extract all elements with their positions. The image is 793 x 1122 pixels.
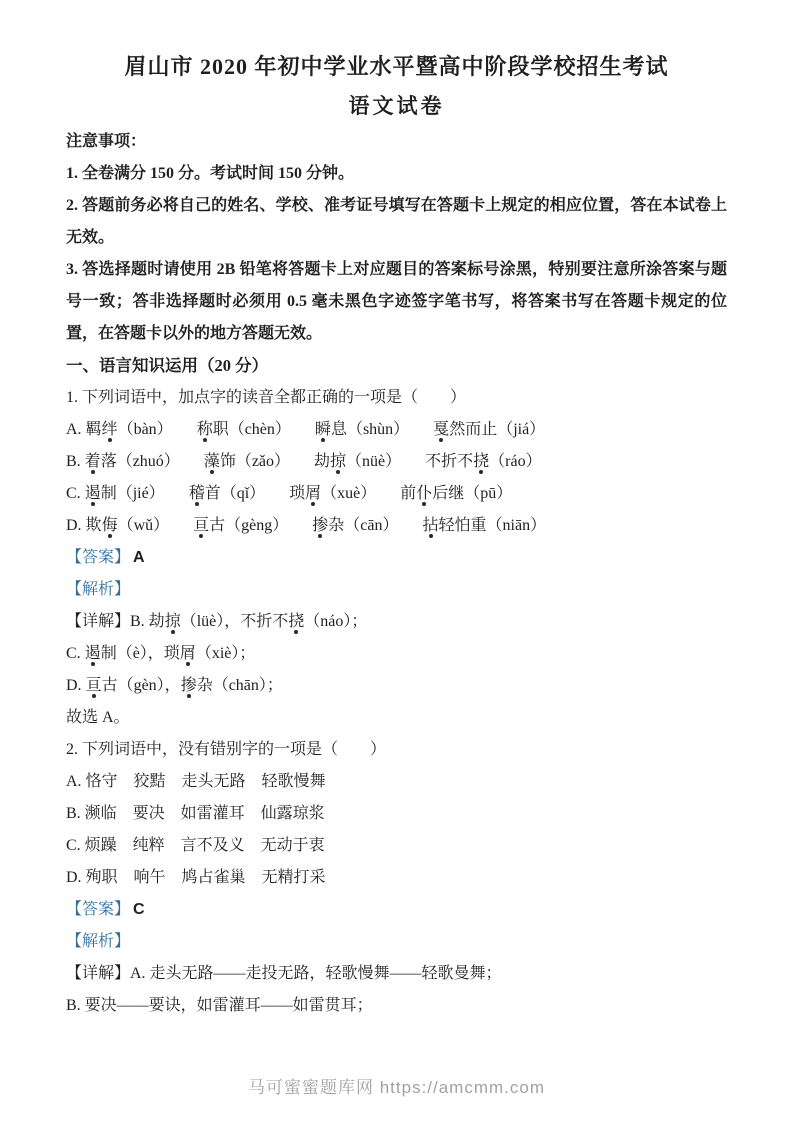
notice-heading: 注意事项： [66, 126, 727, 158]
emphasis-dotted-char: 遏 [85, 485, 101, 502]
question-2-detail-1: 【详解】A. 走头无路——走投无路，轻歌慢舞——轻歌曼舞； [66, 958, 727, 990]
emphasis-dotted-char: 藻 [204, 453, 220, 470]
answer-value: A [133, 549, 145, 566]
emphasis-dotted-char: 掺 [312, 517, 328, 534]
question-1-stem: 1. 下列词语中，加点字的读音全都正确的一项是（ ） [66, 382, 727, 414]
emphasis-dotted-char: 瞬 [315, 421, 331, 438]
emphasis-dotted-char: 屑 [180, 645, 196, 662]
question-1-option-a: A. 羁绊（bàn） 称职（chèn） 瞬息（shùn） 戛然而止（jiá） [66, 414, 727, 446]
analysis-label: 【解析】 [66, 933, 130, 950]
emphasis-dotted-char: 称 [197, 421, 213, 438]
emphasis-dotted-char: 着 [85, 453, 101, 470]
question-1-analysis-label: 【解析】 [66, 574, 727, 606]
question-2-option-a: A. 恪守 狡黠 走头无路 轻歌慢舞 [66, 766, 727, 798]
analysis-label: 【解析】 [66, 581, 130, 598]
page-subtitle: 语文试卷 [66, 92, 727, 120]
emphasis-dotted-char: 戛 [433, 421, 449, 438]
answer-label: 【答案】 [66, 549, 130, 566]
emphasis-dotted-char: 挠 [473, 453, 489, 470]
emphasis-dotted-char: 遏 [85, 645, 101, 662]
footer-credit: 马可蜜蜜题库网 https://amcmm.com [0, 1073, 793, 1098]
question-2-option-d: D. 殉职 响午 鸠占雀巢 无精打采 [66, 862, 727, 894]
question-1-detail-3: D. 亘古（gèn），掺杂（chān）； [66, 670, 727, 702]
question-2-stem: 2. 下列词语中，没有错别字的一项是（ ） [66, 734, 727, 766]
question-2-option-b: B. 濒临 要决 如雷灌耳 仙露琼浆 [66, 798, 727, 830]
question-1-option-b: B. 着落（zhuó） 藻饰（zǎo） 劫掠（nüè） 不折不挠（ráo） [66, 446, 727, 478]
emphasis-dotted-char: 掺 [181, 677, 197, 694]
emphasis-dotted-char: 绊 [102, 421, 118, 438]
question-1-detail-2: C. 遏制（è），琐屑（xiè）； [66, 638, 727, 670]
notice-item-2: 2. 答题前务必将自己的姓名、学校、准考证号填写在答题卡上规定的相应位置，答在本… [66, 190, 727, 254]
answer-value: C [133, 901, 145, 918]
emphasis-dotted-char: 拈 [423, 517, 439, 534]
emphasis-dotted-char: 亘 [86, 677, 102, 694]
notice-item-3: 3. 答选择题时请使用 2B 铅笔将答题卡上对应题目的答案标号涂黑，特别要注意所… [66, 254, 727, 350]
exam-paper-page: 眉山市 2020 年初中学业水平暨高中阶段学校招生考试 语文试卷 注意事项： 1… [0, 0, 793, 1122]
answer-label: 【答案】 [66, 901, 130, 918]
question-1-option-d: D. 欺侮（wǔ） 亘古（gèng） 掺杂（cān） 拈轻怕重（niān） [66, 510, 727, 542]
page-title: 眉山市 2020 年初中学业水平暨高中阶段学校招生考试 [66, 52, 727, 82]
question-2-detail-2: B. 要决——要诀，如雷灌耳——如雷贯耳； [66, 990, 727, 1022]
emphasis-dotted-char: 掠 [330, 453, 346, 470]
emphasis-dotted-char: 侮 [102, 517, 118, 534]
question-1-detail-1: 【详解】B. 劫掠（lüè），不折不挠（náo）； [66, 606, 727, 638]
emphasis-dotted-char: 屑 [305, 485, 321, 502]
emphasis-dotted-char: 仆 [416, 485, 432, 502]
emphasis-dotted-char: 挠 [288, 613, 304, 630]
section-heading: 一、语言知识运用（20 分） [66, 350, 727, 382]
question-1-answer-line: 【答案】A [66, 542, 727, 574]
emphasis-dotted-char: 掠 [165, 613, 181, 630]
emphasis-dotted-char: 稽 [189, 485, 205, 502]
notice-item-1: 1. 全卷满分 150 分。考试时间 150 分钟。 [66, 158, 727, 190]
question-2-answer-line: 【答案】C [66, 894, 727, 926]
question-2-analysis-label: 【解析】 [66, 926, 727, 958]
question-2-option-c: C. 烦躁 纯粹 言不及义 无动于衷 [66, 830, 727, 862]
emphasis-dotted-char: 亘 [193, 517, 209, 534]
question-1-option-c: C. 遏制（jié） 稽首（qǐ） 琐屑（xuè） 前仆后继（pū） [66, 478, 727, 510]
question-1-conclusion: 故选 A。 [66, 702, 727, 734]
